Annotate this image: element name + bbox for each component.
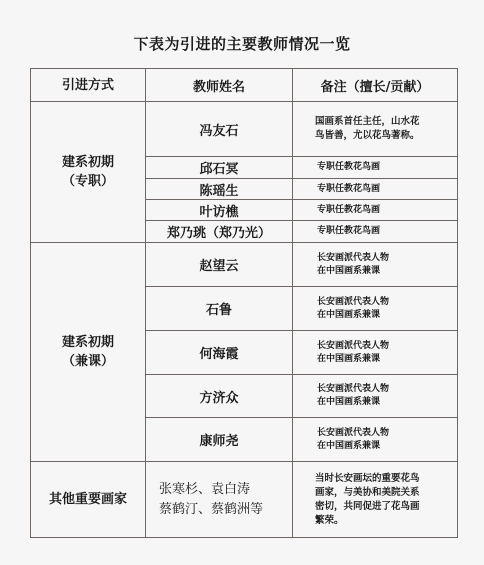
note-line: 长安画派代表人物 <box>317 252 457 265</box>
note-cell: 长安画派代表人物 在中国画系兼课 <box>293 375 458 418</box>
table-header-row: 引进方式 教师姓名 备注（擅长/贡献） <box>31 69 458 102</box>
note-line: 画家，与美协和美院关系 <box>315 486 457 500</box>
teachers-table: 引进方式 教师姓名 备注（擅长/贡献） 建系初期 （专职） 冯友石 国画系首任主… <box>30 68 458 538</box>
note-cell: 当时长安画坛的重要花鸟 画家，与美协和美院关系 密切，共同促进了花鸟画 繁荣。 <box>293 462 458 538</box>
note-line: 在中国画系兼课 <box>317 353 457 366</box>
note-cell: 长安画派代表人物 在中国画系兼课 <box>293 243 458 287</box>
note-line: 长安画派代表人物 <box>317 296 457 309</box>
name-cell: 石鲁 <box>146 287 293 331</box>
page-title: 下表为引进的主要教师情况一览 <box>0 33 484 54</box>
note-line: 长安画派代表人物 <box>317 340 457 353</box>
name-cell: 冯友石 <box>146 102 293 157</box>
header-note: 备注（擅长/贡献） <box>293 69 458 102</box>
name-cell: 康师尧 <box>146 418 293 462</box>
name-cell: 陈瑶生 <box>146 179 293 200</box>
table-row: 建系初期 （专职） 冯友石 国画系首任主任，山水花 鸟皆善，尤以花鸟著称。 <box>31 102 458 157</box>
method-line: （兼课） <box>31 352 145 371</box>
header-method: 引进方式 <box>31 69 146 102</box>
note-line: 鸟皆善，尤以花鸟著称。 <box>315 129 457 143</box>
name-cell: 张寒杉、袁白涛 蔡鹤汀、蔡鹤洲等 <box>146 462 293 538</box>
name-cell: 邱石冥 <box>146 157 293 179</box>
note-line: 当时长安画坛的重要花鸟 <box>315 472 457 486</box>
note-line: 国画系首任主任，山水花 <box>315 115 457 129</box>
note-cell: 专职任教花鸟画 <box>293 200 458 221</box>
note-cell: 专职任教花鸟画 <box>293 221 458 243</box>
name-cell: 郑乃珧（郑乃光） <box>146 221 293 243</box>
note-cell: 长安画派代表人物 在中国画系兼课 <box>293 287 458 331</box>
note-cell: 专职任教花鸟画 <box>293 179 458 200</box>
method-cell: 建系初期 （兼课） <box>31 243 146 462</box>
note-line: 密切，共同促进了花鸟画 <box>315 500 457 514</box>
method-cell: 其他重要画家 <box>31 462 146 538</box>
note-line: 在中国画系兼课 <box>317 265 457 278</box>
name-cell: 方济众 <box>146 375 293 418</box>
header-name: 教师姓名 <box>146 69 293 102</box>
note-cell: 专职任教花鸟画 <box>293 157 458 179</box>
table-row: 其他重要画家 张寒杉、袁白涛 蔡鹤汀、蔡鹤洲等 当时长安画坛的重要花鸟 画家，与… <box>31 462 458 538</box>
method-cell: 建系初期 （专职） <box>31 102 146 243</box>
name-cell: 何海霞 <box>146 331 293 375</box>
note-line: 在中国画系兼课 <box>317 309 457 322</box>
note-line: 长安画派代表人物 <box>317 427 457 440</box>
method-line: 建系初期 <box>31 333 145 352</box>
table-row: 建系初期 （兼课） 赵望云 长安画派代表人物 在中国画系兼课 <box>31 243 458 287</box>
note-line: 在中国画系兼课 <box>317 440 457 453</box>
method-line: （专职） <box>31 172 145 191</box>
note-cell: 国画系首任主任，山水花 鸟皆善，尤以花鸟著称。 <box>293 102 458 157</box>
note-line: 繁荣。 <box>315 514 457 528</box>
name-line: 张寒杉、袁白涛 <box>159 480 292 500</box>
note-line: 在中国画系兼课 <box>317 396 457 409</box>
note-line: 长安画派代表人物 <box>317 383 457 396</box>
note-cell: 长安画派代表人物 在中国画系兼课 <box>293 331 458 375</box>
name-cell: 叶访樵 <box>146 200 293 221</box>
name-line: 蔡鹤汀、蔡鹤洲等 <box>159 500 292 520</box>
name-cell: 赵望云 <box>146 243 293 287</box>
note-cell: 长安画派代表人物 在中国画系兼课 <box>293 418 458 462</box>
method-line: 建系初期 <box>31 153 145 172</box>
